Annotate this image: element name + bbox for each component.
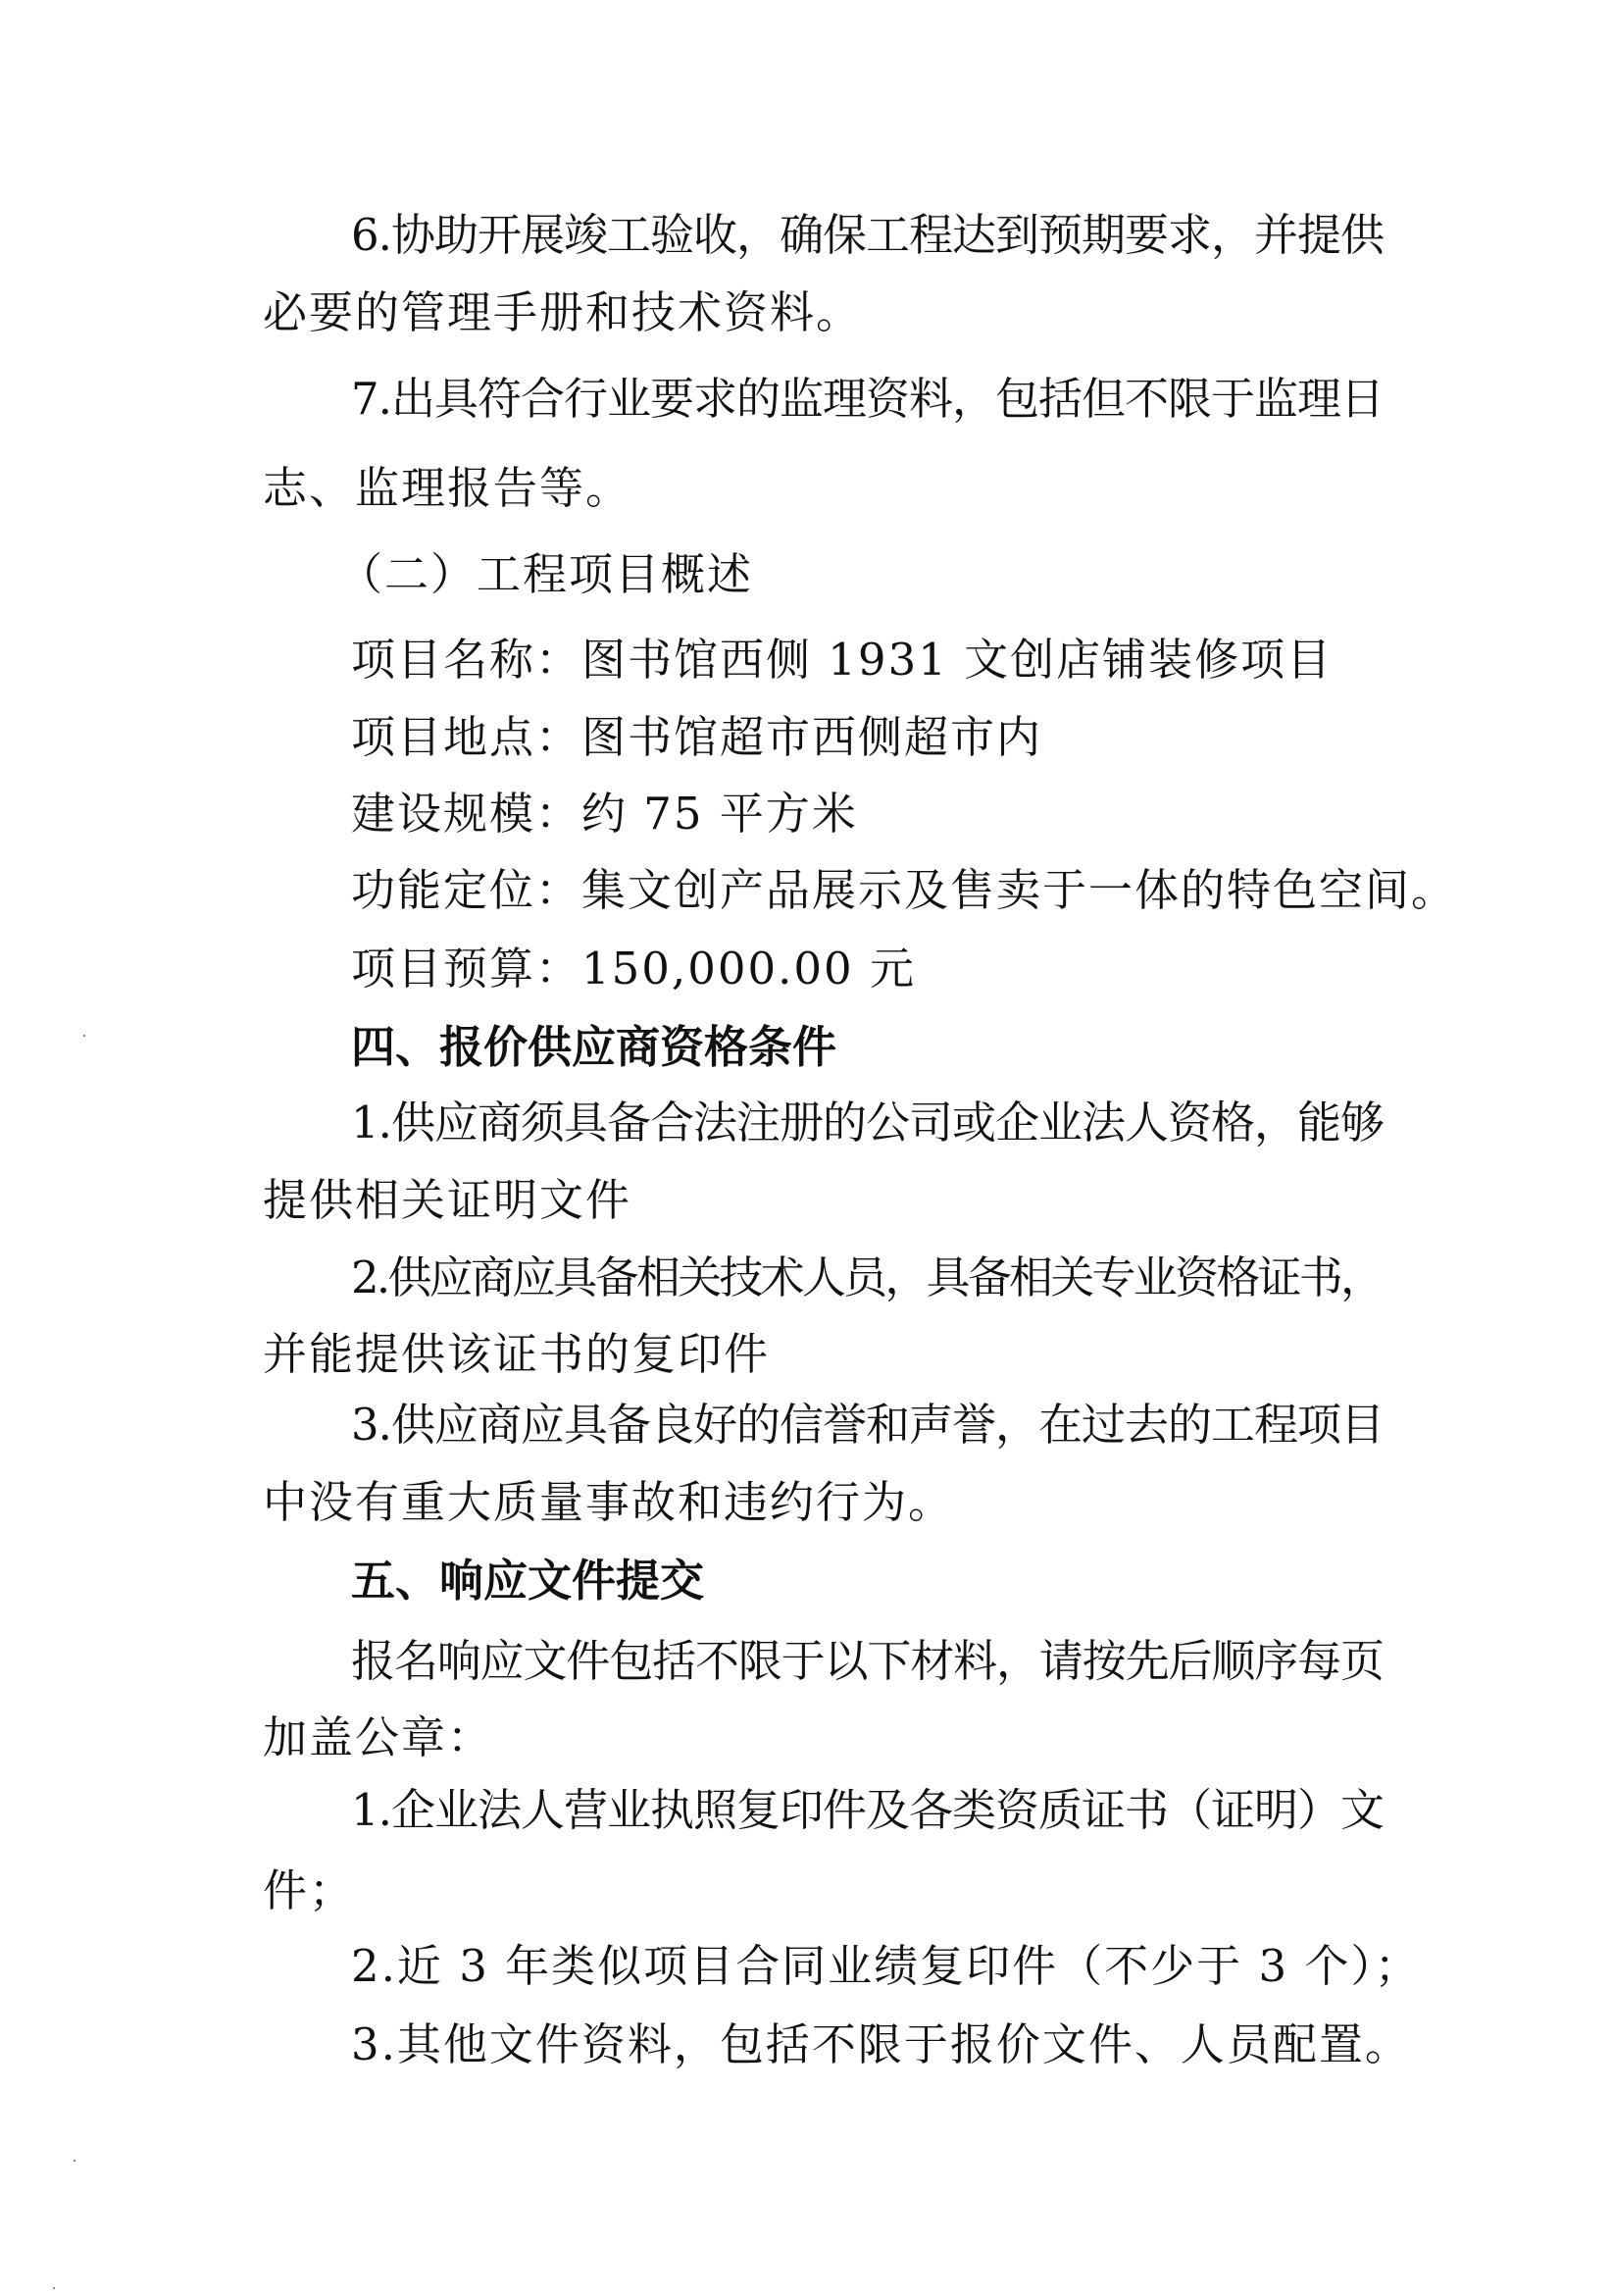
text-line: 建设规模：约 75 平方米 xyxy=(351,787,858,842)
section-heading: 五、响应文件提交 xyxy=(351,1554,704,1608)
text-line: 7.出具符合行业要求的监理资料，包括但不限于监理日 xyxy=(351,372,1384,427)
scan-speck xyxy=(74,2160,76,2162)
scan-speck xyxy=(53,2287,55,2289)
scan-speck xyxy=(83,1035,85,1037)
text-line: 1.供应商须具备合法注册的公司或企业法人资格，能够 xyxy=(351,1096,1384,1150)
text-line: 1.企业法人营业执照复印件及各类资质证书（证明）文 xyxy=(351,1783,1384,1838)
text-line: 报名响应文件包括不限于以下材料，请按先后顺序每页 xyxy=(351,1634,1384,1689)
text-line: 3.其他文件资料，包括不限于报价文件、人员配置。 xyxy=(351,2017,1411,2072)
text-line: 3.供应商应具备良好的信誉和声誉，在过去的工程项目 xyxy=(351,1398,1384,1453)
text-line: 功能定位：集文创产品展示及售卖于一体的特色空间。 xyxy=(351,863,1457,918)
text-line: 必要的管理手册和技术资料。 xyxy=(263,285,862,340)
text-line: 加盖公章： xyxy=(263,1710,493,1765)
text-line: 2.供应商应具备相关技术人员，具备相关专业资格证书， xyxy=(351,1250,1382,1305)
section-heading: 四、报价供应商资格条件 xyxy=(351,1020,836,1075)
text-line: 并能提供该证书的复印件 xyxy=(263,1327,770,1382)
text-line: 6.协助开展竣工验收，确保工程达到预期要求，并提供 xyxy=(351,208,1384,263)
text-line: 志、监理报告等。 xyxy=(263,461,631,516)
text-line: 项目预算：150,000.00 元 xyxy=(351,942,916,996)
text-line: 项目名称：图书馆西侧 1931 文创店铺装修项目 xyxy=(351,633,1333,688)
text-line: 中没有重大质量事故和违约行为。 xyxy=(263,1475,954,1530)
text-line: 件； xyxy=(263,1863,355,1918)
text-line: 项目地点：图书馆超市西侧超市内 xyxy=(351,710,1042,765)
text-line: 2.近 3 年类似项目合同业绩复印件（不少于 3 个）； xyxy=(351,1939,1421,1994)
text-line: （二）工程项目概述 xyxy=(338,547,753,602)
text-line: 提供相关证明文件 xyxy=(263,1173,631,1228)
